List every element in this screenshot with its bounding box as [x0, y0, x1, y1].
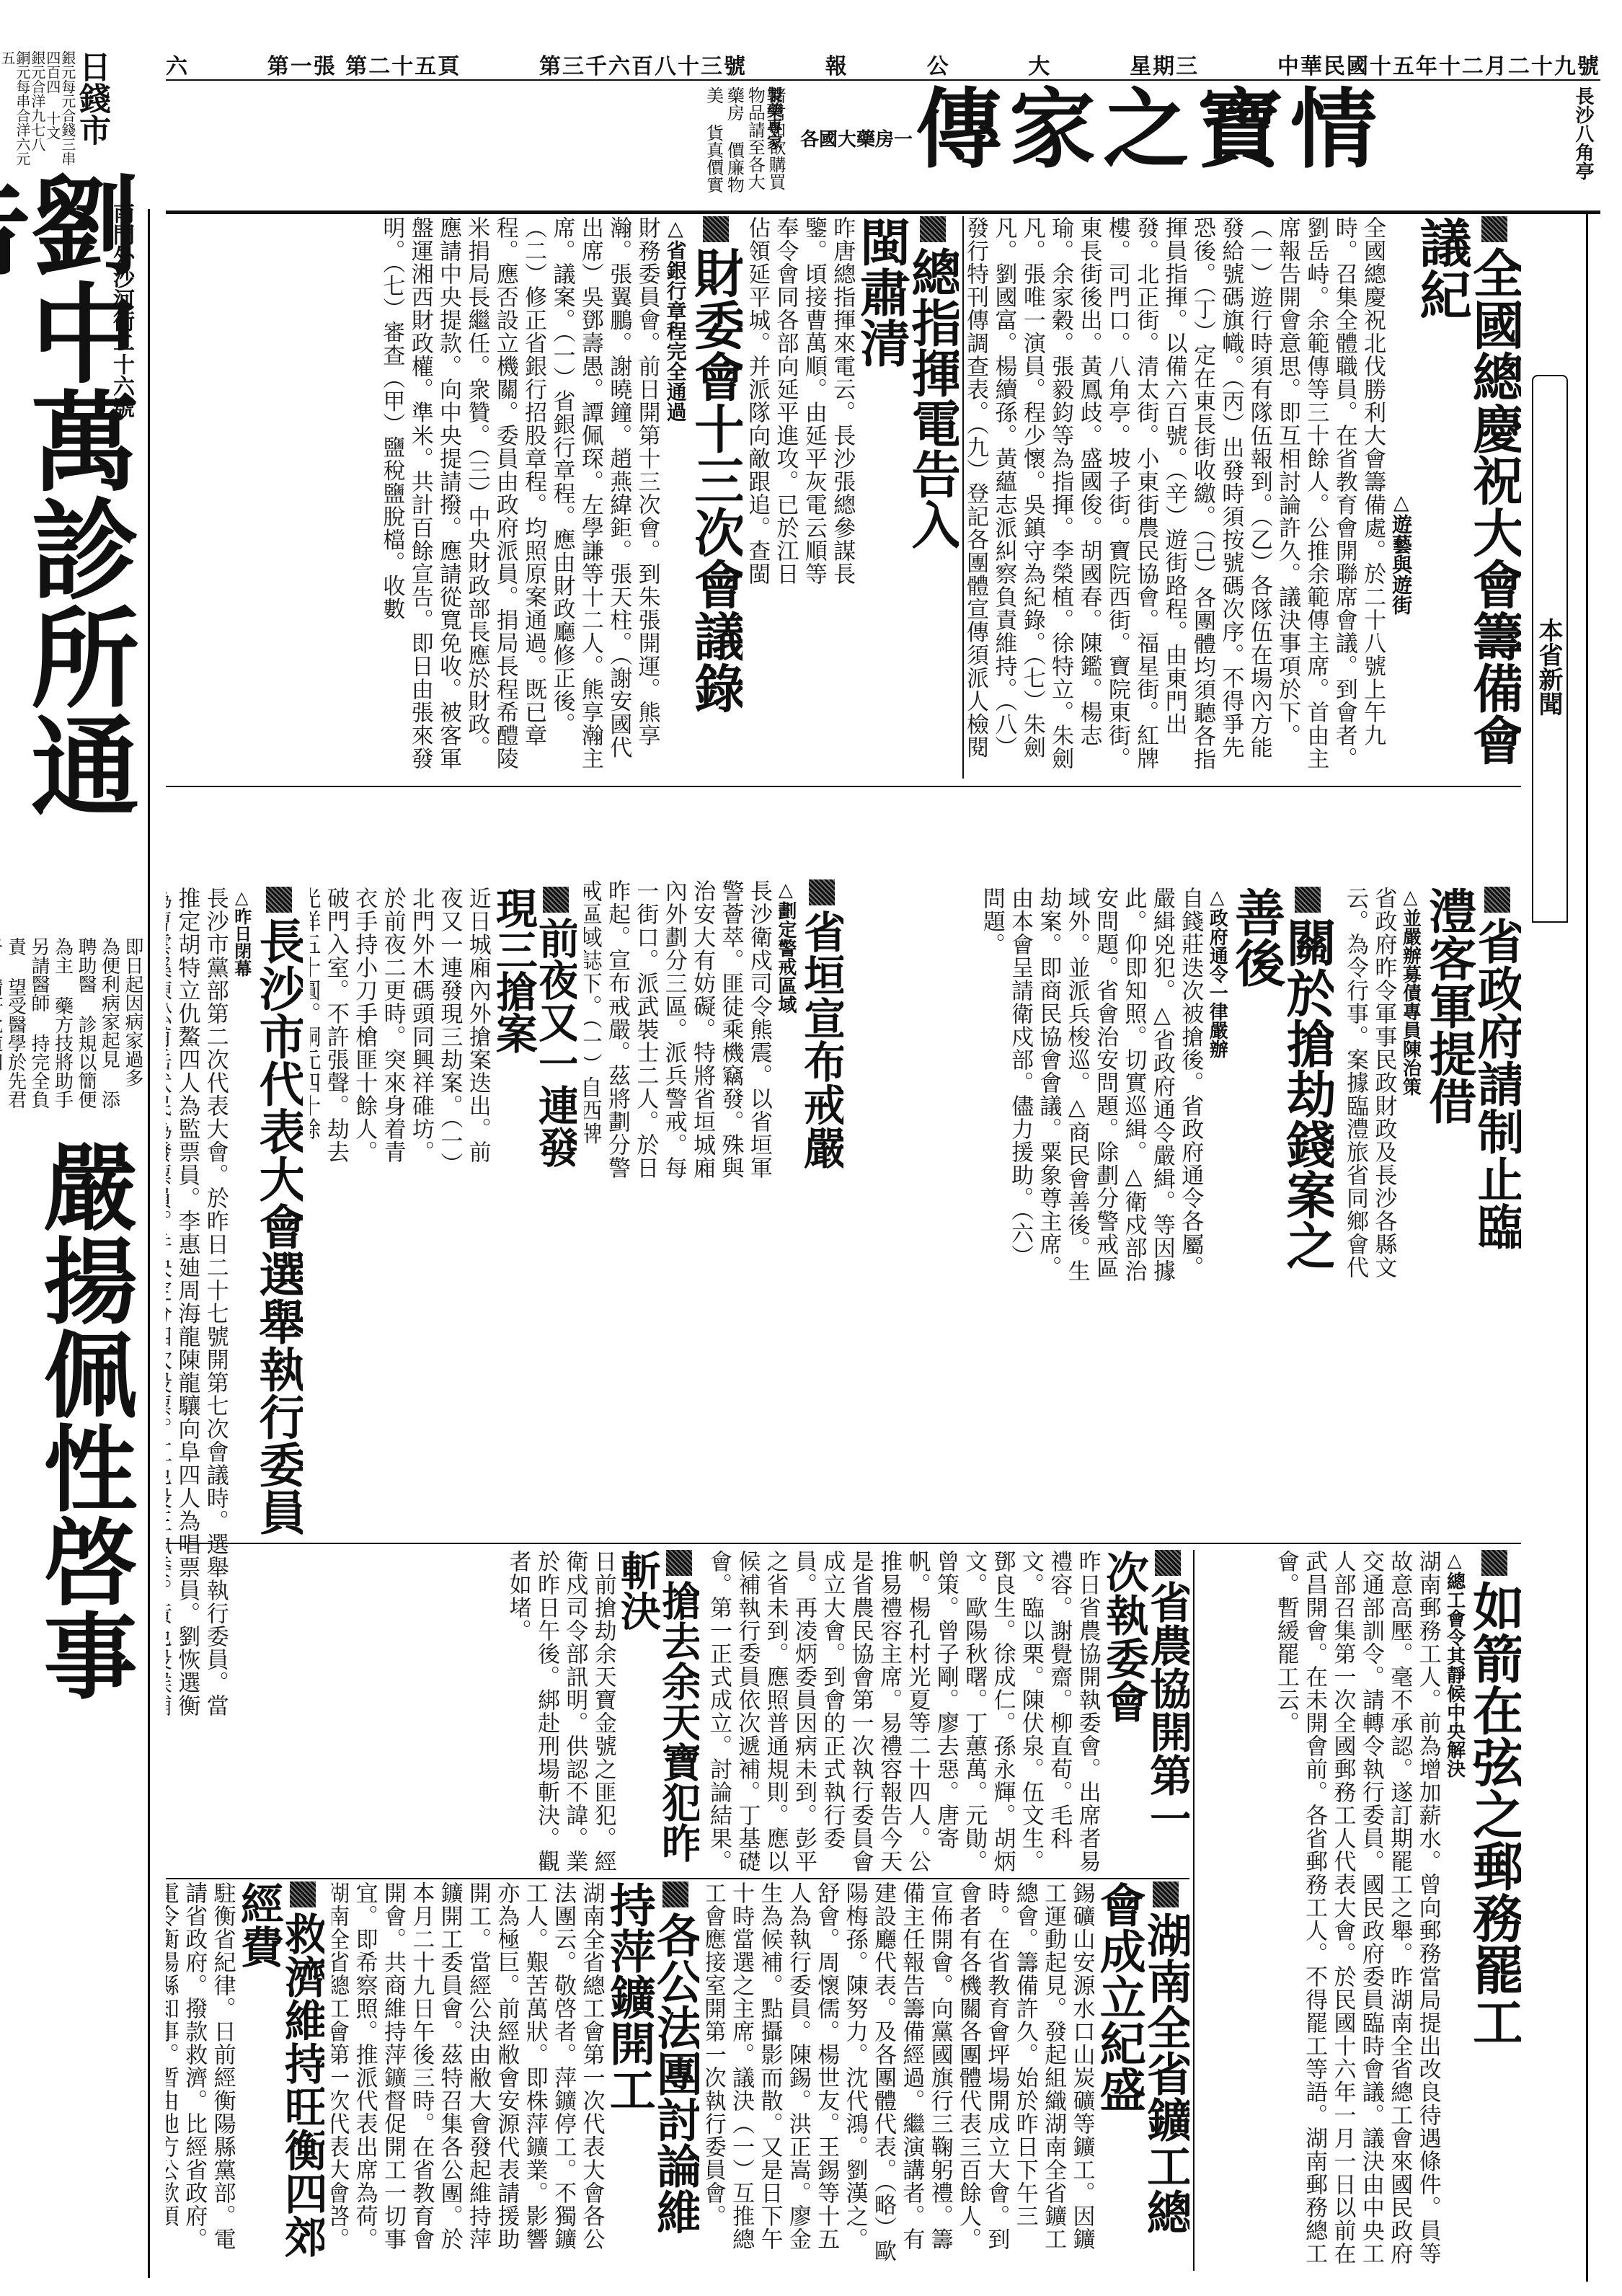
article-headline: 長沙市代表大會選舉執行委員 — [254, 887, 303, 1737]
notice-title: 嚴揚佩性啓事 — [14, 1139, 130, 1730]
article-pingxiang-mine: 各公法團討論維持萍鑛開工 湖南全省總工會第一次代表大會各公法團云。敬啓者。萍鑛停… — [332, 1881, 699, 2271]
article-general-command: 總指揮電告入閩肅清 昨唐總指揮來電云。長沙張總參謀長鑒。頃接曹萬順。由延平灰電云… — [750, 216, 959, 598]
article-finance-committee: 財委會十三次會議錄 △省銀行章程完全通過 財務委員會。前日開第十三次會。到朱張開… — [166, 216, 743, 779]
article-provincial-farmers: 省農協開第一次執委會 昨日省農協開執委會。出席者易禮容。謝覺齋。柳直荀。毛科文。… — [706, 1550, 1189, 1874]
date: 中華民國十五年十二月二十九號 — [1277, 48, 1600, 80]
article-subhead: △劃定警戒區域 — [773, 879, 799, 1189]
article-three-robberies: 前夜又一連發現三搶案 近日城廂內外搶案迭出。前夜又一連發現三劫案。（一）北門外木… — [310, 887, 577, 1182]
article-subhead: △遊藝與遊街 — [1386, 490, 1415, 779]
masthead-rule — [166, 79, 1600, 81]
dateline: 中華民國十五年十二月二十九號 星期三 大 公 報 第三千六百八十三號 第一張 第… — [166, 50, 1600, 78]
article-changsha-congress: 長沙市代表大會選舉執行委員 △昨日閉幕 長沙市黨部第二次代表大會。於昨日二十七號… — [166, 887, 303, 1737]
market-line: 銅元每串合洋六元五 — [0, 50, 31, 166]
paper-name-left: 大 — [1028, 48, 1051, 80]
article-robbery-aftermath: 關於搶劫錢案之善後 △政府通令一律嚴辦 自錢莊迭次被搶後。省政府通令各屬。嚴緝兇… — [851, 887, 1334, 1290]
headline-marker-icon — [1481, 1550, 1507, 1576]
right-border-rule — [1586, 213, 1588, 2282]
article-body: 日前搶劫余天寶金號之匪犯。經衛戍司令部訊明。供認不諱。業於昨日午後。綁赴刑場斬決… — [503, 1550, 616, 1874]
column-rule — [1193, 1550, 1195, 2271]
article-headline: 省垣宣布戒嚴 — [799, 879, 843, 1189]
headline-marker-icon — [703, 216, 729, 242]
article-headline: 省農協開第一次執委會 — [1102, 1550, 1189, 1874]
banner-rule — [166, 210, 1600, 214]
article-body: 湖南郵務工人。前為增加薪水。曾向郵務當局提出改良待遇條件。員等故意高壓。毫不承認… — [1271, 1550, 1441, 2271]
article-headline: 救濟維持旺衡四郊經費 — [236, 1881, 324, 2271]
headline-marker-icon — [1481, 216, 1507, 242]
left-ad-column: 日錢市 銀元每元合錢三串四百四 十文 銀元合洋九七八 銅元每串合洋六元五 劉中萬… — [0, 0, 148, 2296]
article-martial-law: 省垣宣布戒嚴 △劃定警戒區域 長沙衛戍司令熊震。以省垣軍警薈萃。匪徒乘機竊發。殊… — [584, 879, 843, 1189]
article-body: 錫礦山安源水口山炭礦等鑛工。因鑛工運動起見。發起組織湖南全省鑛工總會。籌備許久。… — [706, 1881, 1095, 2271]
headline-marker-icon — [1155, 1550, 1181, 1576]
banner-right-small: 長沙八角亭 — [1572, 87, 1593, 202]
article-body: 昨日省農協開執委會。出席者易禮容。謝覺齋。柳直荀。毛科文。臨以栗。陳伏泉。伍文生… — [706, 1550, 1102, 1874]
banner-left-small: 各國大藥房一 — [800, 130, 913, 151]
issue-number: 第三千六百八十三號 — [539, 48, 747, 80]
left-column-rule — [148, 209, 150, 2278]
page-info: 第一張 第二十五頁 — [267, 48, 461, 80]
article-headline: 財委會十三次會議錄 — [690, 216, 743, 779]
article-body: 財務委員會。前日開第十三次會。到朱張開運。熊享瀚。張翼鵬。謝曉鐘。趙燕緯鉅。張天… — [377, 216, 661, 779]
article-body: 長沙衛戍司令熊震。以省垣軍警薈萃。匪徒乘機竊發。殊與治安大有妨礙。特將省垣城廂內… — [584, 879, 773, 1189]
article-relief-funds: 救濟維持旺衡四郊經費 駐衡省紀律。日前經衡陽縣黨部。電請省政府。撥款救濟。比經省… — [166, 1881, 324, 2271]
headline-marker-icon — [290, 1881, 316, 1907]
page-number: 六 — [166, 48, 189, 80]
article-headline: 如箭在弦之郵務罷工 — [1468, 1550, 1521, 2271]
money-market-box: 日錢市 銀元每元合錢三串四百四 十文 銀元合洋九七八 銅元每串合洋六元五 — [0, 50, 108, 166]
row-rule — [166, 786, 1521, 787]
article-body: 全國總慶祝北伐勝利大會籌備處。於二十八號上午九時。召集全體職員。在省教育會開聯席… — [966, 216, 1386, 779]
article-headline: 搶去余天寶犯昨斬決 — [617, 1550, 699, 1874]
paper-name-right: 公 — [927, 48, 950, 80]
article-execution: 搶去余天寶犯昨斬決 日前搶劫余天寶金號之匪犯。經衛戍司令部訊明。供認不諱。業於昨… — [310, 1550, 699, 1874]
market-line: 銀元每元合錢三串四百四 — [44, 50, 76, 166]
market-line: 銀元合洋九七八 — [29, 50, 46, 151]
headline-marker-icon — [920, 216, 946, 242]
article-provincial-gov-linli: 省政府請制止臨澧客軍提借 △並嚴辦募債專員陳治策 省政府昨令軍事民政財政及長沙各… — [1341, 887, 1521, 1290]
article-body: 自錢莊迭次被搶後。省政府通令各屬。嚴緝兇犯。△省政府通令嚴緝。等因據此。仰即知照… — [977, 887, 1204, 1290]
headline-marker-icon — [543, 887, 569, 913]
banner-ad: 傳家之寶情 長沙八角亭 各國大藥房一 製藥專家 — [793, 87, 1600, 209]
headline-marker-icon — [1295, 887, 1321, 913]
article-headline: 各公法團討論維持萍鑛開工 — [605, 1881, 699, 2271]
article-body: 長沙市黨部第二次代表大會。於昨日二十七號開第七次會議時。選舉執行委員。當推定胡特… — [166, 887, 229, 1737]
headline-marker-icon — [266, 887, 292, 913]
row-rule — [166, 1543, 1521, 1544]
clinic-ad-body: 即日起因病家過多 為便利病家起見 添聘助醫 診規以簡便為主 藥方技將助手 另請醫… — [0, 937, 144, 1125]
article-headline: 前夜又一連發現三搶案 — [492, 887, 577, 1182]
article-headline: 湖南全省鑛工總會成立紀盛 — [1095, 1881, 1189, 2271]
article-body: 湖南全省總工會第一次代表大會各公法團云。敬啓者。萍鑛停工。不獨鑛工人。艱苦萬狀。… — [332, 1881, 605, 2271]
article-headline: 省政府請制止臨澧客軍提借 — [1424, 887, 1521, 1290]
headline-marker-icon — [809, 879, 835, 905]
article-headline: 關於搶劫錢案之善後 — [1231, 887, 1334, 1290]
market-title: 日錢市 — [74, 50, 110, 146]
article-body: 省政府昨令軍事民政財政及長沙各縣文云。為令行事。案據臨澧旅省同鄉會代表何表意幹鄉… — [1341, 887, 1397, 1290]
article-subhead: △政府通令一律嚴辦 — [1204, 887, 1231, 1290]
banner-headline: 傳家之寶情 — [916, 87, 1384, 209]
weekday: 星期三 — [1130, 48, 1199, 80]
article-subhead: △並嚴辦募債專員陳治策 — [1397, 887, 1424, 1290]
row-rule — [166, 1878, 1189, 1879]
article-national-celebration: 全國總慶祝大會籌備會議紀 △遊藝與遊街 全國總慶祝北伐勝利大會籌備處。於二十八號… — [966, 216, 1521, 779]
headline-marker-icon — [1484, 887, 1510, 913]
paper-suffix: 報 — [825, 48, 848, 80]
column-rule — [962, 216, 964, 779]
article-headline: 全國總慶祝大會籌備會議紀 — [1415, 216, 1521, 779]
side-ad-strip: 諸君如欲購買物品請至各大藥房 價廉物美 貨真價實 — [166, 87, 786, 205]
clinic-address: 南門外沙河街二十六號 — [108, 202, 137, 418]
headline-marker-icon — [662, 1881, 688, 1907]
article-miners-union: 湖南全省鑛工總會成立紀盛 錫礦山安源水口山炭礦等鑛工。因鑛工運動起見。發起組織湖… — [706, 1881, 1189, 2271]
section-label: 本省新聞 — [1533, 618, 1566, 716]
headline-marker-icon — [1153, 1881, 1179, 1907]
article-body: 駐衡省紀律。日前經衡陽縣黨部。電請省政府。撥款救濟。比經省政府。電令衡陽縣知事。… — [166, 1881, 236, 2271]
article-headline: 總指揮電告入閩肅清 — [856, 216, 959, 598]
headline-marker-icon — [666, 1550, 692, 1576]
article-body: 昨唐總指揮來電云。長沙張總參謀長鑒。頃接曹萬順。由延平灰電云順等奉令會同各部向延… — [750, 216, 856, 598]
article-postal-strike: 如箭在弦之郵務罷工 △總工會令其靜候中央解決 湖南郵務工人。前為增加薪水。曾向郵… — [1197, 1550, 1521, 2271]
article-body: 近日城廂內外搶案迭出。前夜又一連發現三劫案。（一）北門外木碼頭同興祥碓坊。於前夜… — [310, 887, 492, 1182]
market-line: 十文 — [44, 111, 61, 140]
section-label-box: 本省新聞 — [1532, 375, 1568, 923]
